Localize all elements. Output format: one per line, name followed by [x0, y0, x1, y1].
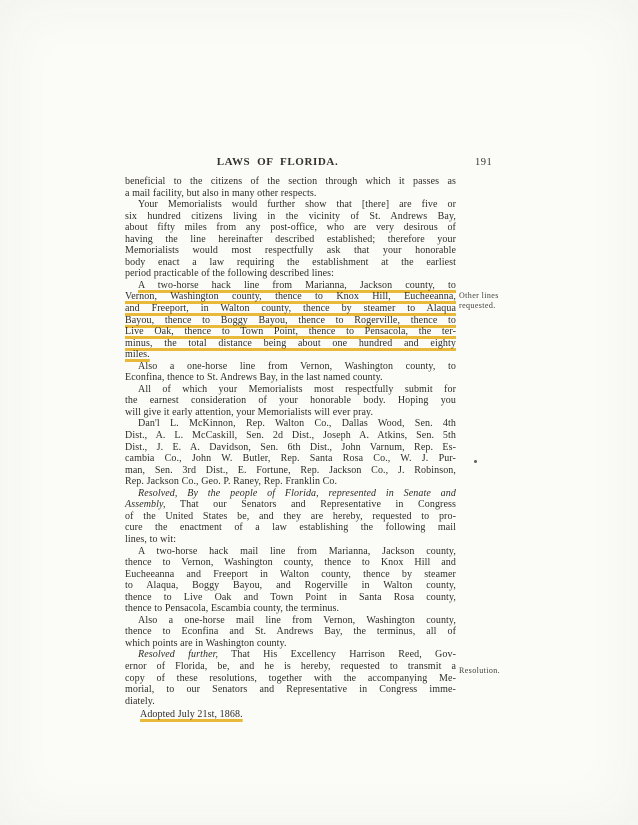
text-line: the earnest consideration of your honora…: [125, 395, 456, 407]
text-line: six hundred citizens living in the vicin…: [125, 211, 456, 223]
paragraph: Resolved, By the people of Florida, repr…: [125, 488, 456, 546]
paragraph: All of which your Memorialists most resp…: [125, 384, 456, 419]
text-line: copy of these resolutions, together with…: [125, 673, 456, 685]
running-header: LAWS OF FLORIDA. 191: [125, 156, 456, 172]
highlighted-text: Vernon, Washington county, thence to Kno…: [125, 291, 456, 302]
page-number: 191: [475, 157, 492, 168]
text-line: cambia Co., John W. Butler, Rep. Santa R…: [125, 453, 456, 465]
text-line: ernor of Florida, be, and he is hereby, …: [125, 661, 456, 673]
body-text: beneficial to the citizens of the sectio…: [125, 176, 456, 721]
text-line: thence to Live Oak and Town Point in San…: [125, 592, 456, 604]
paragraph: Also a one-horse line from Vernon, Washi…: [125, 361, 456, 384]
paragraph: Your Memorialists would further show tha…: [125, 199, 456, 280]
text-line: having the line hereinafter described es…: [125, 234, 456, 246]
highlighted-text: Bayou, thence to Boggy Bayou, thence to …: [125, 315, 456, 326]
text-line: Rep. Jackson Co., Geo. P. Raney, Rep. Fr…: [125, 476, 456, 488]
text-line: about fifty miles from any post-office, …: [125, 222, 456, 234]
text-line: Memorialists would most respectfully ask…: [125, 245, 456, 257]
margin-note-resolution: Resolution.: [459, 666, 529, 676]
text-line: and Freeport, in Walton county, thence b…: [125, 303, 456, 315]
text-line: a mail facility, but also in many other …: [125, 188, 456, 200]
paragraph: A two-horse hack line from Marianna, Jac…: [125, 280, 456, 361]
text-line: thence to Econfina and St. Andrews Bay, …: [125, 626, 456, 638]
text-line: cure the enactment of a law establishing…: [125, 522, 456, 534]
text-line: All of which your Memorialists most resp…: [125, 384, 456, 396]
paragraph: Adopted July 21st, 1868.: [125, 709, 456, 721]
text-line: diately.: [125, 696, 456, 708]
text-line: of the United States be, and they are he…: [125, 511, 456, 523]
paragraph: Resolved further, That His Excellency Ha…: [125, 649, 456, 707]
text-line: Live Oak, thence to Town Point, thence t…: [125, 326, 456, 338]
text-line: will give it early attention, your Memor…: [125, 407, 456, 419]
text-line: period practicable of the following desc…: [125, 268, 456, 280]
text-line: Adopted July 21st, 1868.: [125, 709, 456, 721]
text-line: Your Memorialists would further show tha…: [125, 199, 456, 211]
page-header-title: LAWS OF FLORIDA.: [112, 156, 443, 168]
paragraph: Dan'l L. McKinnon, Rep. Walton Co., Dall…: [125, 418, 456, 487]
paragraph: beneficial to the citizens of the sectio…: [125, 176, 456, 199]
highlighted-text: Adopted July 21st, 1868.: [140, 709, 243, 720]
document-page: LAWS OF FLORIDA. 191 beneficial to the c…: [0, 0, 638, 825]
highlighted-text: minus, the total distance being about on…: [125, 338, 456, 349]
text-line: Eucheeanna and Freeport in Walton county…: [125, 569, 456, 581]
paragraph: A two-horse hack mail line from Marianna…: [125, 546, 456, 615]
paragraph: Also a one-horse mail line from Vernon, …: [125, 615, 456, 650]
text-line: Resolved further, That His Excellency Ha…: [125, 649, 456, 661]
text-line: morial, to our Senators and Representati…: [125, 684, 456, 696]
text-line: A two-horse hack line from Marianna, Jac…: [125, 280, 456, 292]
text-line: lines, to wit:: [125, 534, 456, 546]
text-line: Bayou, thence to Boggy Bayou, thence to …: [125, 315, 456, 327]
text-line: minus, the total distance being about on…: [125, 338, 456, 350]
text-line: which points are in Washington county.: [125, 638, 456, 650]
text-line: Dist., J. E. A. Davidson, Sen. 6th Dist.…: [125, 442, 456, 454]
text-line: man, Sen. 3rd Dist., E. Fortune, Rep. Ja…: [125, 465, 456, 477]
highlighted-text: and Freeport, in Walton county, thence b…: [125, 303, 456, 314]
text-line: beneficial to the citizens of the sectio…: [125, 176, 456, 188]
text-line: Dist., A. L. McCaskill, Sen. 2d Dist., J…: [125, 430, 456, 442]
margin-note-other-lines: Other lines requested.: [459, 291, 515, 310]
text-line: thence to Pensacola, Escambia county, th…: [125, 603, 456, 615]
scan-speck: [474, 460, 477, 463]
text-line: to Alaqua, Boggy Bayou, and Rogerville i…: [125, 580, 456, 592]
text-line: Assembly, That our Senators and Represen…: [125, 499, 456, 511]
text-line: miles.: [125, 349, 456, 361]
text-line: thence to Vernon, Washington county, the…: [125, 557, 456, 569]
text-line: Also a one-horse line from Vernon, Washi…: [125, 361, 456, 373]
highlighted-text: A two-horse hack line from Marianna, Jac…: [138, 280, 456, 291]
text-line: A two-horse hack mail line from Marianna…: [125, 546, 456, 558]
text-line: Vernon, Washington county, thence to Kno…: [125, 291, 456, 303]
text-line: Econfina, thence to St. Andrews Bay, in …: [125, 372, 456, 384]
text-line: Dan'l L. McKinnon, Rep. Walton Co., Dall…: [125, 418, 456, 430]
text-line: Also a one-horse mail line from Vernon, …: [125, 615, 456, 627]
highlighted-text: Live Oak, thence to Town Point, thence t…: [125, 326, 456, 337]
highlighted-text: miles.: [125, 349, 150, 360]
text-line: Resolved, By the people of Florida, repr…: [125, 488, 456, 500]
text-line: body enact a law requiring the establish…: [125, 257, 456, 269]
